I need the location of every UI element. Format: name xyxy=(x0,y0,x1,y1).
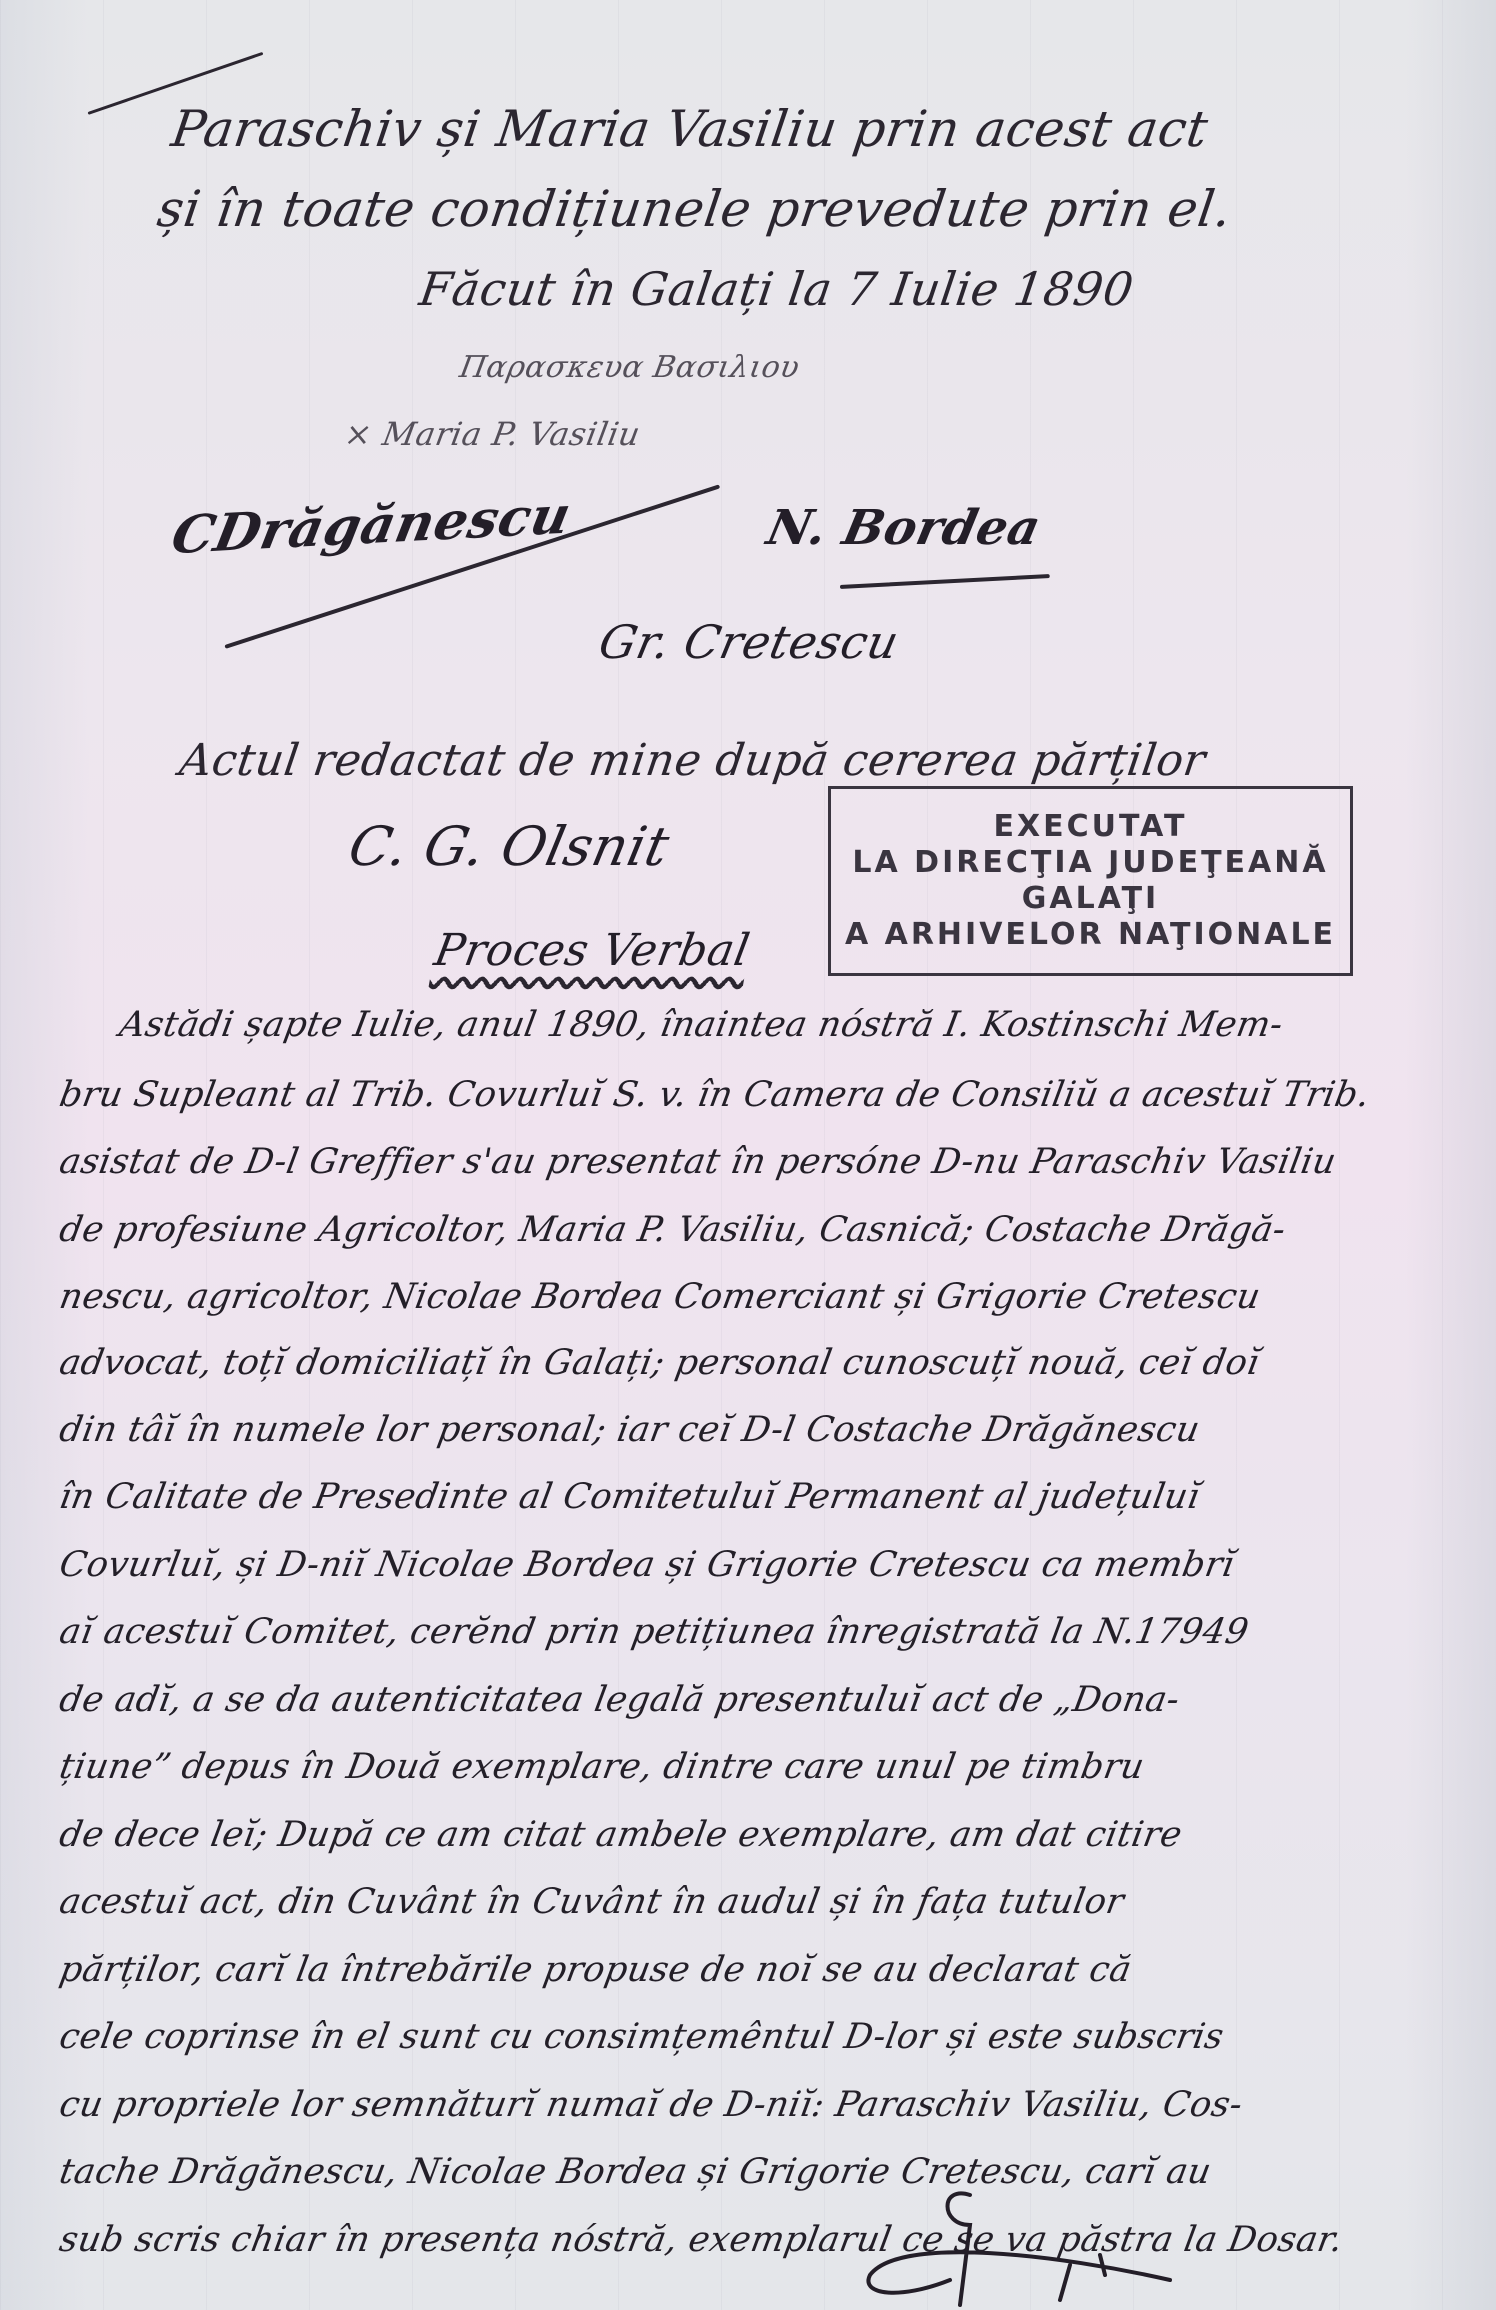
body-line: aĭ acestuĭ Comitet, cerĕnd prin petițiun… xyxy=(56,1612,1251,1652)
stamp-line-1: EXECUTAT xyxy=(994,809,1188,845)
stamp-line-4: A ARHIVELOR NAŢIONALE xyxy=(845,917,1336,953)
body-line: de adĭ, a se da autenticitatea legală pr… xyxy=(56,1680,1182,1720)
signature-cretescu: Gr. Cretescu xyxy=(594,615,904,669)
signature-bordea: N. Bordea xyxy=(762,500,1046,556)
document-title: Proces Verbal xyxy=(431,925,754,976)
stamp-line-2: LA DIRECŢIA JUDEŢEANĂ xyxy=(852,845,1328,881)
body-line: din tâĭ în numele lor personal; iar ceĭ … xyxy=(56,1410,1202,1450)
stamp-line-3: GALAŢI xyxy=(1022,881,1159,917)
body-line: de profesiune Agricoltor, Maria P. Vasil… xyxy=(56,1210,1288,1250)
body-line: cu propriele lor semnăturĭ numaĭ de D-ni… xyxy=(56,2085,1245,2125)
body-line: de dece leĭ; După ce am citat ambele exe… xyxy=(56,1815,1185,1855)
place-date: Făcut în Galați la 7 Iulie 1890 xyxy=(416,262,1137,316)
header-line-1: Paraschiv și Maria Vasiliu prin acest ac… xyxy=(168,100,1212,158)
body-line: bru Supleant al Trib. Covurluĭ S. v. în … xyxy=(56,1075,1372,1115)
bordea-underline xyxy=(840,574,1050,589)
body-line: părților, carĭ la întrebările propuse de… xyxy=(56,1950,1134,1990)
body-line: asistat de D-l Greffier s'au presentat î… xyxy=(56,1142,1339,1182)
body-line: advocat, toțĭ domiciliațĭ în Galați; per… xyxy=(56,1343,1262,1383)
drafting-note: Actul redactat de mine după cererea părț… xyxy=(176,735,1208,786)
header-line-2: și în toate condițiunele prevedute prin … xyxy=(154,180,1235,238)
body-line: Astădi șapte Iulie, anul 1890, înaintea … xyxy=(116,1005,1285,1045)
archive-stamp: EXECUTAT LA DIRECŢIA JUDEŢEANĂ GALAŢI A … xyxy=(828,786,1353,976)
closing-signature-flourish xyxy=(860,2185,1260,2310)
body-line: acestuĭ act, din Cuvânt în Cuvânt în aud… xyxy=(56,1882,1126,1922)
body-line: nescu, agricoltor, Nicolae Bordea Comerc… xyxy=(56,1277,1263,1317)
drafter-signature: C. G. Olsnit xyxy=(343,815,675,878)
mark-signature: × Maria P. Vasiliu xyxy=(342,415,644,453)
body-line: în Calitate de Presedinte al Comitetuluĭ… xyxy=(56,1477,1202,1517)
body-line: Covurluĭ, și D-niĭ Nicolae Bordea și Gri… xyxy=(56,1545,1237,1585)
body-line: cele coprinse în el sunt cu consimțemênt… xyxy=(56,2017,1226,2057)
greek-signature: Παρασκευα Βασιλιου xyxy=(457,350,802,385)
body-line: țiune” depus în Două exemplare, dintre c… xyxy=(56,1747,1147,1787)
